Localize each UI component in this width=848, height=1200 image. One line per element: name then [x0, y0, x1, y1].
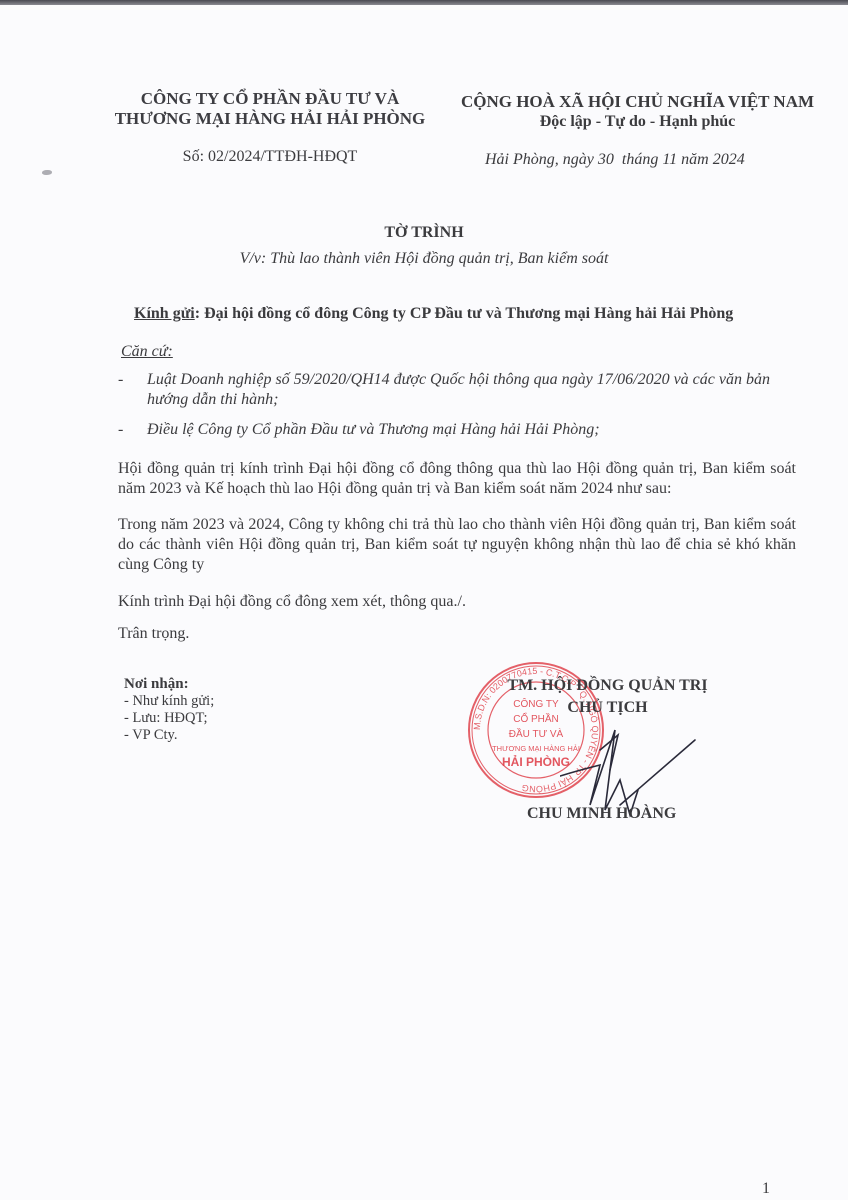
svg-text:ĐẦU TƯ VÀ: ĐẦU TƯ VÀ [509, 727, 564, 740]
basis-item: - Luật Doanh nghiệp số 59/2020/QH14 được… [118, 370, 798, 410]
body-paragraph: Trong năm 2023 và 2024, Công ty không ch… [118, 515, 796, 575]
national-header: CỘNG HOÀ XÃ HỘI CHỦ NGHĨA VIỆT NAM Độc l… [445, 92, 830, 169]
document-number: Số: 02/2024/TTĐH-HĐQT [100, 148, 440, 166]
body-paragraph: Hội đồng quản trị kính trình Đại hội đồn… [118, 459, 796, 499]
scan-edge [0, 0, 848, 5]
document-title: TỜ TRÌNH [0, 224, 848, 242]
signer-name: CHU MINH HOÀNG [527, 805, 676, 823]
addressee: Kính gửi: Đại hội đồng cổ đông Công ty C… [134, 305, 733, 323]
place-date: Hải Phòng, ngày 30 tháng 11 năm 2024 [445, 151, 830, 169]
basis-label: Căn cứ: [121, 343, 173, 361]
body-paragraph: Kính trình Đại hội đồng cổ đông xem xét,… [118, 592, 796, 612]
basis-item: - Điều lệ Công ty Cổ phần Đầu tư và Thươ… [118, 420, 798, 440]
on-behalf-title: TM. HỘI ĐỒNG QUẢN TRỊ [495, 677, 720, 695]
recipients-list: Nơi nhận: - Như kính gửi; - Lưu: HĐQT; -… [124, 676, 214, 744]
page-number: 1 [762, 1180, 770, 1198]
issuer-name-line2: THƯƠNG MẠI HÀNG HẢI HẢI PHÒNG [100, 109, 440, 129]
recipient-item: - VP Cty. [124, 727, 214, 744]
issuer-name-line1: CÔNG TY CỔ PHẦN ĐẦU TƯ VÀ [100, 89, 440, 109]
recipient-item: - Lưu: HĐQT; [124, 710, 214, 727]
issuer-header: CÔNG TY CỔ PHẦN ĐẦU TƯ VÀ THƯƠNG MẠI HÀN… [100, 89, 440, 166]
recipient-item: - Như kính gửi; [124, 693, 214, 710]
national-motto: Độc lập - Tự do - Hạnh phúc [445, 112, 830, 131]
recipients-label: Nơi nhận: [124, 676, 214, 693]
addressee-text: : Đại hội đồng cổ đông Công ty CP Đầu tư… [195, 305, 734, 322]
nation-title: CỘNG HOÀ XÃ HỘI CHỦ NGHĨA VIỆT NAM [445, 92, 830, 112]
addressee-label: Kính gửi [134, 305, 195, 322]
scan-speck [42, 170, 52, 175]
document-subject: V/v: Thù lao thành viên Hội đồng quản tr… [0, 250, 848, 268]
closing-phrase: Trân trọng. [118, 624, 796, 644]
